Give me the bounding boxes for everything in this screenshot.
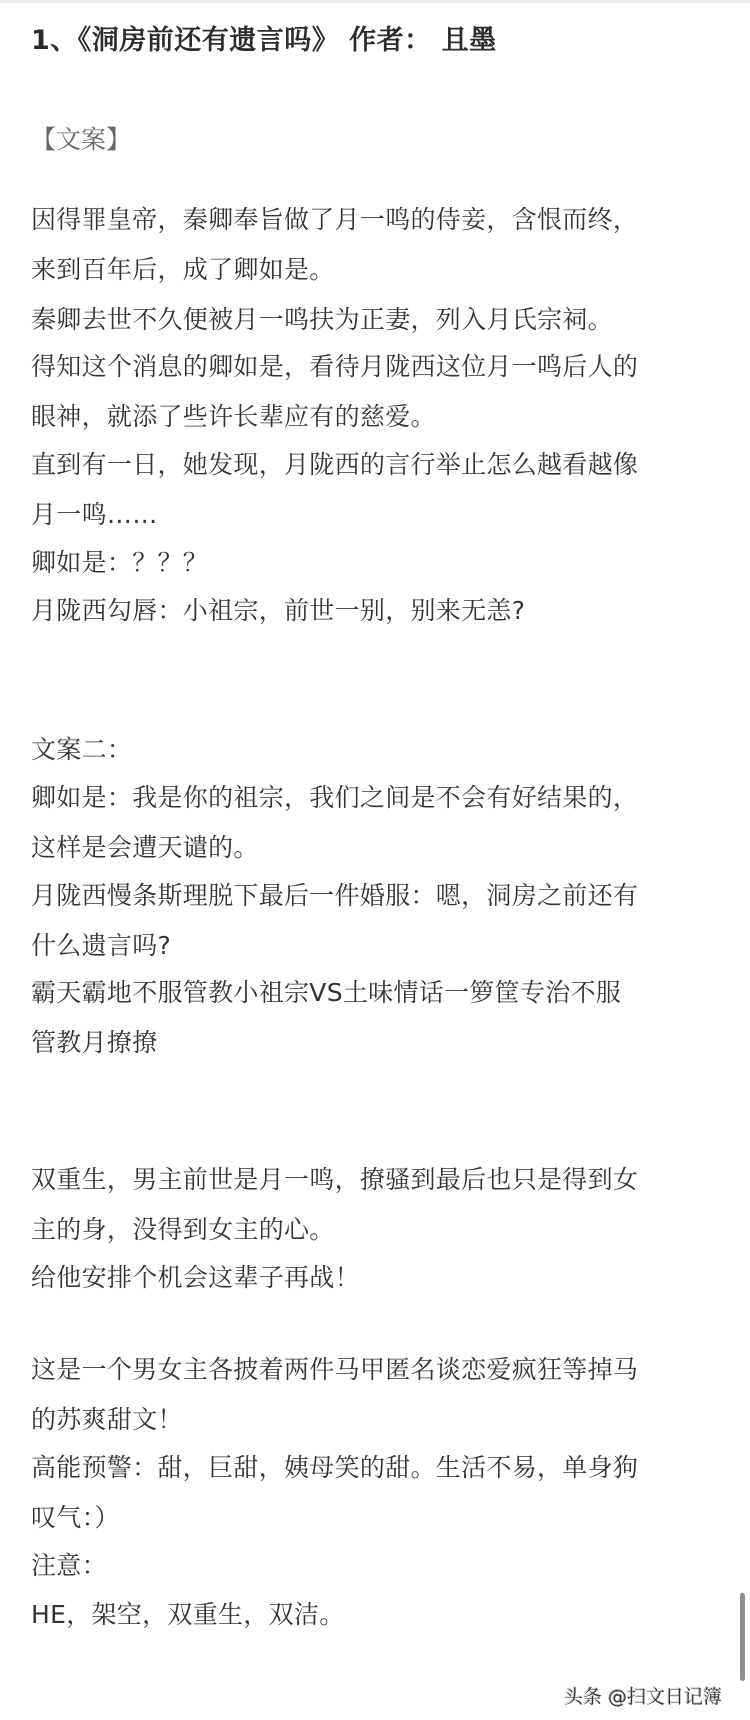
paragraph-line: HE，架空，双重生，双洁。 xyxy=(31,1600,345,1630)
vertical-scrollbar[interactable] xyxy=(740,1593,745,1681)
paragraph-line: 什么遗言吗? xyxy=(31,931,171,961)
paragraph-line: 主的身，没得到女主的心。 xyxy=(31,1215,335,1245)
paragraph-line: 得知这个消息的卿如是，看待月陇西这位月一鸣后人的 xyxy=(31,352,638,382)
paragraph-line: 因得罪皇帝，秦卿奉旨做了月一鸣的侍妾，含恨而终， xyxy=(31,205,638,235)
paragraph-line: 叹气：） xyxy=(31,1503,120,1533)
paragraph-line: 这是一个男女主各披着两件马甲匿名谈恋爱疯狂等掉马 xyxy=(31,1355,638,1385)
paragraph-line: 管教月撩撩 xyxy=(31,1028,158,1058)
paragraph-line: 月陇西勾唇：小祖宗，前世一别，别来无恙? xyxy=(31,596,525,626)
paragraph-line: 月陇西慢条斯理脱下最后一件婚服：嗯，洞房之前还有 xyxy=(31,881,638,911)
top-divider xyxy=(0,0,750,3)
paragraph-line: 来到百年后，成了卿如是。 xyxy=(31,255,335,285)
source-watermark: 头条 @扫文日记簿 xyxy=(564,1682,722,1709)
section-label-synopsis: 【文案】 xyxy=(31,120,131,156)
paragraph-line: 月一鸣…… xyxy=(31,500,158,530)
paragraph-line: 霸天霸地不服管教小祖宗VS土味情话一箩筐专治不服 xyxy=(31,978,621,1008)
paragraph-line: 眼神，就添了些许长辈应有的慈爱。 xyxy=(31,402,436,432)
paragraph-line: 注意： xyxy=(31,1551,107,1581)
paragraph-line: 卿如是：？？？ xyxy=(31,548,208,578)
paragraph-line: 双重生，男主前世是月一鸣，撩骚到最后也只是得到女 xyxy=(31,1165,638,1195)
paragraph-line: 秦卿去世不久便被月一鸣扶为正妻，列入月氏宗祠。 xyxy=(31,305,613,335)
paragraph-line: 文案二： xyxy=(31,735,132,765)
paragraph-line: 高能预警：甜，巨甜，姨母笑的甜。生活不易，单身狗 xyxy=(31,1453,638,1483)
paragraph-line: 的苏爽甜文！ xyxy=(31,1405,183,1435)
paragraph-line: 卿如是：我是你的祖宗，我们之间是不会有好结果的， xyxy=(31,783,638,813)
paragraph-line: 给他安排个机会这辈子再战！ xyxy=(31,1263,360,1293)
paragraph-line: 这样是会遭天谴的。 xyxy=(31,833,259,863)
paragraph-line: 直到有一日，她发现，月陇西的言行举止怎么越看越像 xyxy=(31,450,638,480)
article-title: 1、《洞房前还有遗言吗》 作者： 且墨 xyxy=(31,18,497,57)
